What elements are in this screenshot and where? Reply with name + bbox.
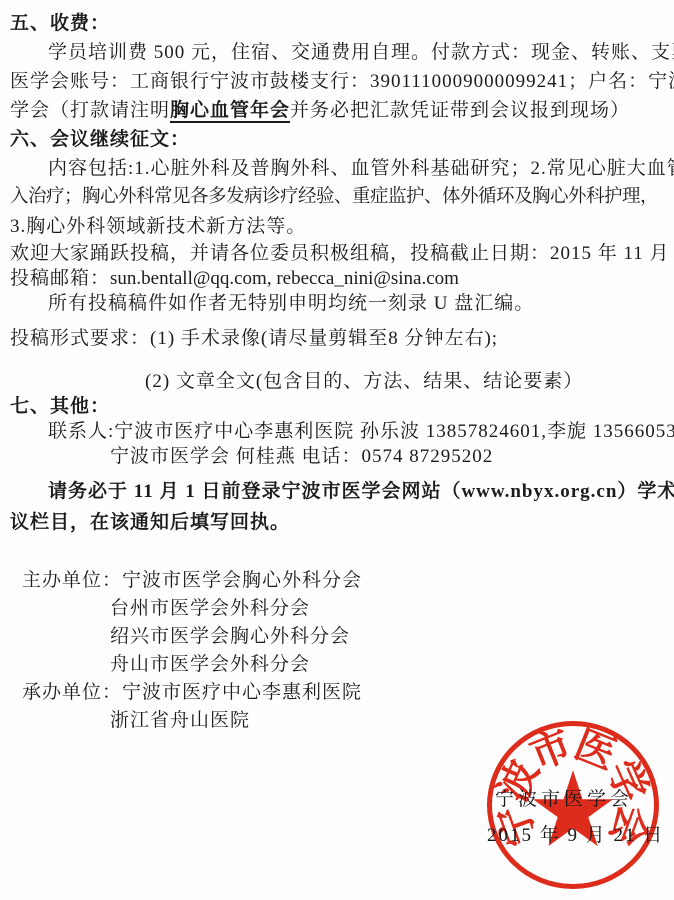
host-units-line1: 主办单位：宁波市医学会胸心外科分会 — [10, 567, 670, 595]
host-unit-1: 宁波市医学会胸心外科分会 — [122, 570, 362, 591]
document-body: 五、收费： 学员培训费 500 元，住宿、交通费用自理。付款方式：现金、转账、支… — [10, 9, 670, 735]
undertaker-unit-1: 宁波市医疗中心李惠利医院 — [122, 682, 362, 703]
undertaker-units-label: 承办单位： — [22, 682, 122, 703]
email-addresses: sun.bentall@qq.com, rebecca_nini@sina.co… — [110, 268, 459, 289]
remittance-note-suffix: 并务必把汇款凭证带到会议报到现场） — [290, 100, 630, 121]
undertaker-units-line1: 承办单位：宁波市医疗中心李惠利医院 — [10, 679, 670, 707]
welcome-line: 欢迎大家踊跃投稿，并请各位委员积极组稿，投稿截止日期：2015 年 11 月 1… — [10, 241, 670, 266]
remittance-note-emphasis: 胸心血管年会 — [170, 100, 290, 123]
format-requirements-line2: (2) 文章全文(包含目的、方法、结果、结论要素） — [10, 369, 670, 394]
content-line-2: 入治疗；胸心外科常见各多发病诊疗经验、重症监护、体外循环及胸心外科护理， — [10, 183, 670, 212]
contact-line-2: 宁波市医学会 何桂燕 电话：0574 87295202 — [10, 444, 670, 469]
host-unit-2: 台州市医学会外科分会 — [10, 595, 670, 623]
section5-heading: 五、收费： — [10, 9, 670, 38]
section6-heading: 六、会议继续征文： — [10, 125, 670, 154]
content-line-3: 3.胸心外科领域新技术新方法等。 — [10, 212, 670, 241]
signature-organization: 宁波市医学会 — [495, 784, 633, 811]
host-unit-3: 绍兴市医学会胸心外科分会 — [10, 623, 670, 651]
email-label: 投稿邮箱： — [10, 268, 110, 289]
contact-line-1: 联系人:宁波市医疗中心李惠利医院 孙乐波 13857824601,李旎 1356… — [10, 419, 670, 444]
email-line: 投稿邮箱：sun.bentall@qq.com, rebecca_nini@si… — [10, 266, 670, 291]
host-units-label: 主办单位： — [22, 570, 122, 591]
section7-heading: 七、其他： — [10, 394, 670, 419]
format-requirements-line1: 投稿形式要求：(1) 手术录像(请尽量剪辑至8 分钟左右); — [10, 324, 670, 353]
content-line-1: 内容包括:1.心脏外科及普胸外科、血管外科基础研究；2.常见心脏大血管介 — [10, 154, 670, 183]
host-unit-4: 舟山市医学会外科分会 — [10, 651, 670, 679]
bank-account-line: 医学会账号：工商银行宁波市鼓楼支行：3901110009000099241；户名… — [10, 67, 670, 96]
fee-line: 学员培训费 500 元，住宿、交通费用自理。付款方式：现金、转账、支票。 — [10, 38, 670, 67]
remittance-note-prefix: 学会（打款请注明 — [10, 100, 170, 121]
remittance-note-line: 学会（打款请注明胸心血管年会并务必把汇款凭证带到会议报到现场） — [10, 96, 670, 125]
website-notice-line1: 请务必于 11 月 1 日前登录宁波市医学会网站（www.nbyx.org.cn… — [10, 475, 670, 508]
usb-note-line: 所有投稿稿件如作者无特别申明均统一刻录 U 盘汇编。 — [10, 291, 670, 316]
signature-date: 2015 年 9 月 21 日 — [487, 820, 664, 847]
website-notice-line2: 议栏目，在该通知后填写回执。 — [10, 508, 670, 537]
document-page: 五、收费： 学员培训费 500 元，住宿、交通费用自理。付款方式：现金、转账、支… — [0, 0, 674, 900]
